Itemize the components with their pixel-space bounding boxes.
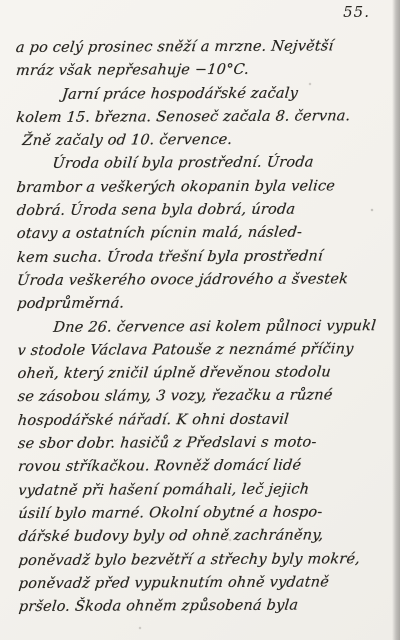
manuscript-line: se zásobou slámy, 3 vozy, řezačku a různ… <box>16 384 394 409</box>
manuscript-line: dářské budovy byly od ohně zachráněny, <box>17 524 395 549</box>
manuscript-line: poněvadž bylo bezvětří a střechy byly mo… <box>17 548 395 573</box>
manuscript-line: brambor a veškerých okopanin byla velice <box>15 175 393 200</box>
manuscript-line: Dne 26. července asi kolem půlnoci vypuk… <box>16 315 394 340</box>
manuscript-line: Žně začaly od 10. července. <box>15 128 393 153</box>
manuscript-line: mráz však nepřesahuje −10°C. <box>15 58 393 83</box>
manuscript-text-block: a po celý prosinec sněží a mrzne. Největ… <box>14 35 393 619</box>
scanned-manuscript-page: 55. a po celý prosinec sněží a mrzne. Ne… <box>0 0 400 640</box>
manuscript-line: a po celý prosinec sněží a mrzne. Největ… <box>15 35 393 60</box>
manuscript-line: dobrá. Úroda sena byla dobrá, úroda <box>15 198 393 223</box>
manuscript-line: Úroda veškerého ovoce jádrového a šveste… <box>16 268 394 293</box>
manuscript-line: Úroda obilí byla prostřední. Úroda <box>15 151 393 176</box>
manuscript-line: Jarní práce hospodářské začaly <box>15 82 393 107</box>
manuscript-line: kem sucha. Úroda třešní byla prostřední <box>16 245 394 270</box>
manuscript-line: oheň, který zničil úplně dřevěnou stodol… <box>16 361 394 386</box>
manuscript-line: vydatně při hašení pomáhali, leč jejich <box>17 478 395 503</box>
manuscript-line: hospodářské nářadí. K ohni dostavil <box>17 408 395 433</box>
manuscript-line: podprůměrná. <box>16 291 394 316</box>
manuscript-line: rovou stříkačkou. Rovněž domácí lidé <box>17 454 395 479</box>
manuscript-line: úsilí bylo marné. Okolní obytné a hospo- <box>17 501 395 526</box>
manuscript-line: poněvadž před vypuknutím ohně vydatně <box>17 571 395 596</box>
manuscript-line: pršelo. Škoda ohněm způsobená byla <box>18 594 396 619</box>
manuscript-line: se sbor dobr. hasičů z Předslavi s moto- <box>17 431 395 456</box>
manuscript-line: kolem 15. března. Senoseč začala 8. červ… <box>15 105 393 130</box>
page-number: 55. <box>343 3 370 21</box>
manuscript-line: otavy a ostatních pícnin malá, násled- <box>16 221 394 246</box>
manuscript-line: v stodole Václava Patouše z neznámé příč… <box>16 338 394 363</box>
